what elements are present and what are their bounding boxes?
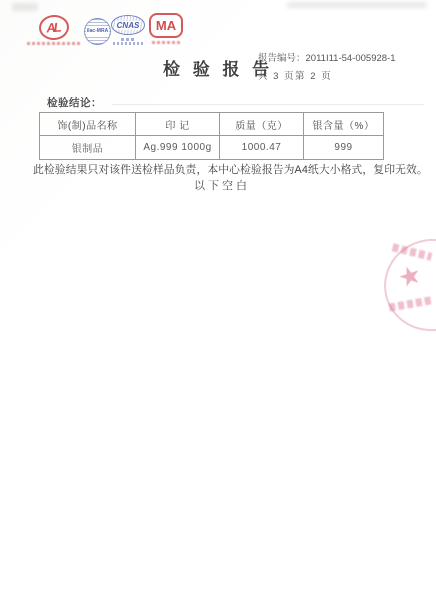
table-cell-silver-content: 999 [304, 136, 384, 160]
report-title: 检 验 报 告 [163, 55, 273, 80]
cnas-logo: CNAS [111, 15, 145, 35]
report-page: AL ilac-MRA CNAS MA 检 验 报 告 报告编号：2011I11… [0, 0, 436, 600]
conclusion-label: 检验结论： [47, 95, 102, 110]
cma-logo: MA [149, 13, 183, 38]
scan-artifact [287, 2, 427, 8]
table-header-cell: 质量（克） [220, 113, 304, 136]
cma-logo-caption [152, 41, 182, 44]
cnas-logo-caption [113, 42, 143, 45]
table-header-cell: 饰(制)品名称 [40, 113, 136, 136]
report-number-label: 报告编号： [258, 53, 306, 64]
table-header-row: 饰(制)品名称 印 记 质量（克） 银含量（%） [40, 113, 384, 136]
cma-logo-label: MA [156, 18, 176, 33]
page-count: 共 3 页第 2 页 [258, 68, 396, 86]
scan-artifact [12, 3, 38, 11]
ilac-mra-logo: ilac-MRA [84, 18, 111, 45]
conclusion-underline [112, 104, 424, 105]
table-cell-mark: Ag.999 1000g [136, 136, 220, 160]
disclaimer-text: 此检验结果只对该件送检样品负责，本中心检验报告为A4纸大小格式，复印无效。 [33, 162, 425, 177]
table-header-cell: 银含量（%） [304, 113, 384, 136]
ilac-mra-logo-label: ilac-MRA [86, 28, 109, 35]
table-cell-item-name: 银制品 [40, 136, 136, 160]
results-table: 饰(制)品名称 印 记 质量（克） 银含量（%） 银制品 Ag.999 1000… [39, 112, 384, 160]
report-meta: 报告编号：2011I11-54-005928-1 共 3 页第 2 页 [258, 50, 396, 86]
cnas-logo-label: CNAS [116, 21, 141, 30]
blank-below-note: 以下空白 [0, 177, 436, 193]
cal-logo-letters: AL [46, 20, 60, 36]
cal-logo-caption [27, 42, 82, 45]
table-header-cell: 印 记 [136, 113, 220, 136]
table-row: 银制品 Ag.999 1000g 1000.47 999 [40, 136, 384, 160]
cal-logo: AL [38, 14, 70, 41]
table-cell-mass: 1000.47 [220, 136, 304, 160]
cnas-logo-caption [121, 38, 135, 41]
report-number-value: 2011I11-54-005928-1 [306, 53, 396, 64]
report-number-line: 报告编号：2011I11-54-005928-1 [258, 50, 396, 68]
official-stamp: ★ [383, 232, 436, 337]
